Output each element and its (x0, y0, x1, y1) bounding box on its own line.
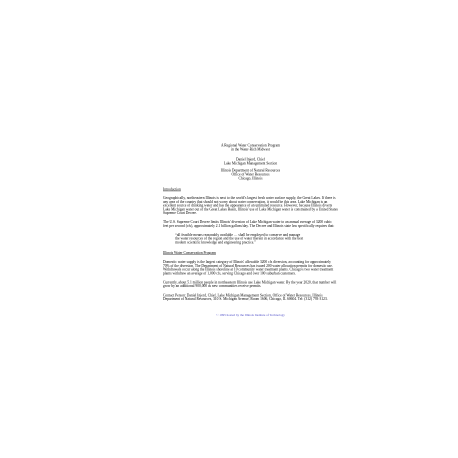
copyright-footer: © 1995 hosted by the Illinois Institute … (163, 313, 338, 317)
decree-block-quote: “all feasible means reasonably available… (175, 233, 304, 244)
page-content-wrapper: A Regional Water Conservation Program in… (163, 144, 338, 317)
document-page: A Regional Water Conservation Program in… (0, 0, 458, 458)
intro-paragraph-1: Geographically, northeastern Illinois is… (163, 197, 338, 216)
program-paragraph-1: Domestic water supply is the largest cat… (163, 260, 338, 275)
title-block: A Regional Water Conservation Program in… (163, 144, 338, 152)
affiliation-block: Illinois Department of Natural Resources… (163, 169, 338, 180)
page-content: A Regional Water Conservation Program in… (163, 144, 338, 317)
doc-title-line-2: in the Water-Rich Midwest (163, 148, 338, 152)
program-paragraph-2: Currently, about 5.1 million people in n… (163, 281, 338, 289)
affiliation-city: Chicago, Illinois (163, 177, 338, 181)
intro-heading: Introduction (163, 188, 338, 192)
program-heading: Illinois Water Conservation Program (163, 252, 338, 256)
intro-paragraph-2: The U.S. Supreme Court Decree limits Ill… (163, 221, 338, 229)
copyright-footer-link[interactable]: © 1995 hosted by the Illinois Institute … (216, 313, 285, 317)
author-section: Lake Michigan Management Section (163, 162, 338, 166)
byline-block: Daniel Injerd, Chief Lake Michigan Manag… (163, 158, 338, 166)
contact-paragraph: Contact Person: Daniel Injerd, Chief, La… (163, 294, 338, 302)
